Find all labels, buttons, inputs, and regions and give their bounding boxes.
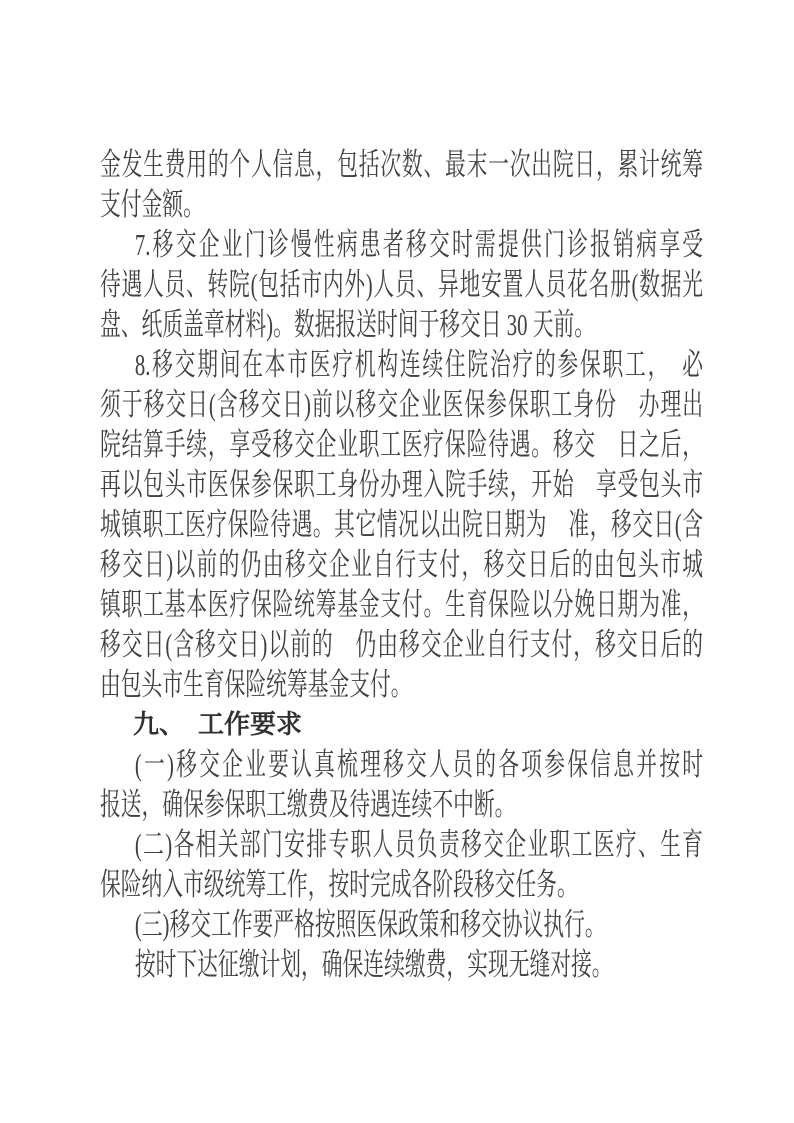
section-heading: 九、 工作要求 (100, 705, 704, 745)
document-text-block: 金发生费用的个人信息，包括次数、最末一次出院日，累计统筹支付金额。7.移交企业门… (100, 145, 704, 985)
text-line: 报送，确保参保职工缴费及待遇连续不中断。 (100, 785, 703, 825)
text-line: 7.移交企业门诊慢性病患者移交时需提供门诊报销病享受 (100, 225, 703, 265)
text-line: 由包头市生育保险统筹基金支付。 (100, 665, 703, 705)
text-line: 城镇职工医疗保险待遇。其它情况以出院日期为 准，移交日(含 (100, 505, 703, 545)
text-line: 移交日)以前的仍由移交企业自行支付，移交日后的由包头市城 (100, 545, 703, 585)
text-line: 再以包头市医保参保职工身份办理入院手续，开始 享受包头市 (100, 465, 703, 505)
text-line: 8.移交期间在本市医疗机构连续住院治疗的参保职工， 必 (100, 345, 703, 385)
text-line: 支付金额。 (100, 185, 703, 225)
text-line: 镇职工基本医疗保险统筹基金支付。生育保险以分娩日期为准， (100, 585, 703, 625)
text-line: 盘、纸质盖章材料)。数据报送时间于移交日 30 天前。 (100, 305, 703, 345)
text-line: (三)移交工作要严格按照医保政策和移交协议执行。 (100, 905, 703, 945)
text-line: 院结算手续，享受移交企业职工医疗保险待遇。移交 日之后， (100, 425, 703, 465)
text-line: (一)移交企业要认真梳理移交人员的各项参保信息并按时 (100, 745, 703, 785)
text-line: 须于移交日(含移交日)前以移交企业医保参保职工身份 办理出 (100, 385, 703, 425)
text-line: 金发生费用的个人信息，包括次数、最末一次出院日，累计统筹 (100, 145, 703, 185)
text-line: (二)各相关部门安排专职人员负责移交企业职工医疗、生育 (100, 825, 703, 865)
document-page: 金发生费用的个人信息，包括次数、最末一次出院日，累计统筹支付金额。7.移交企业门… (0, 0, 794, 1123)
text-line: 按时下达征缴计划，确保连续缴费，实现无缝对接。 (100, 945, 703, 985)
text-line: 保险纳入市级统筹工作，按时完成各阶段移交任务。 (100, 865, 703, 905)
text-line: 移交日(含移交日)以前的 仍由移交企业自行支付，移交日后的 (100, 625, 703, 665)
text-line: 待遇人员、转院(包括市内外)人员、异地安置人员花名册(数据光 (100, 265, 703, 305)
